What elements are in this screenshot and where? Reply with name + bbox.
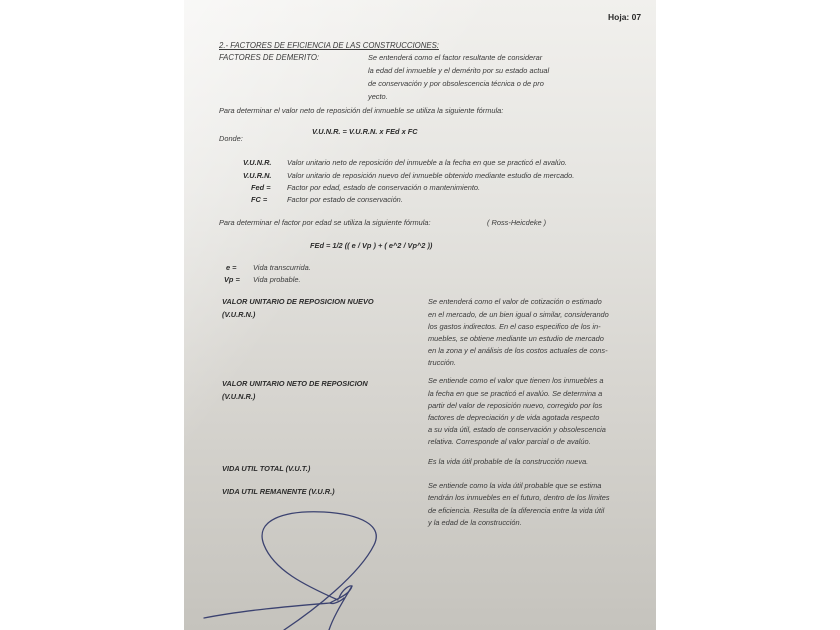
signature-icon [184, 0, 656, 630]
document-page: Hoja: 07 2.- FACTORES DE EFICIENCIA DE L… [184, 0, 656, 630]
